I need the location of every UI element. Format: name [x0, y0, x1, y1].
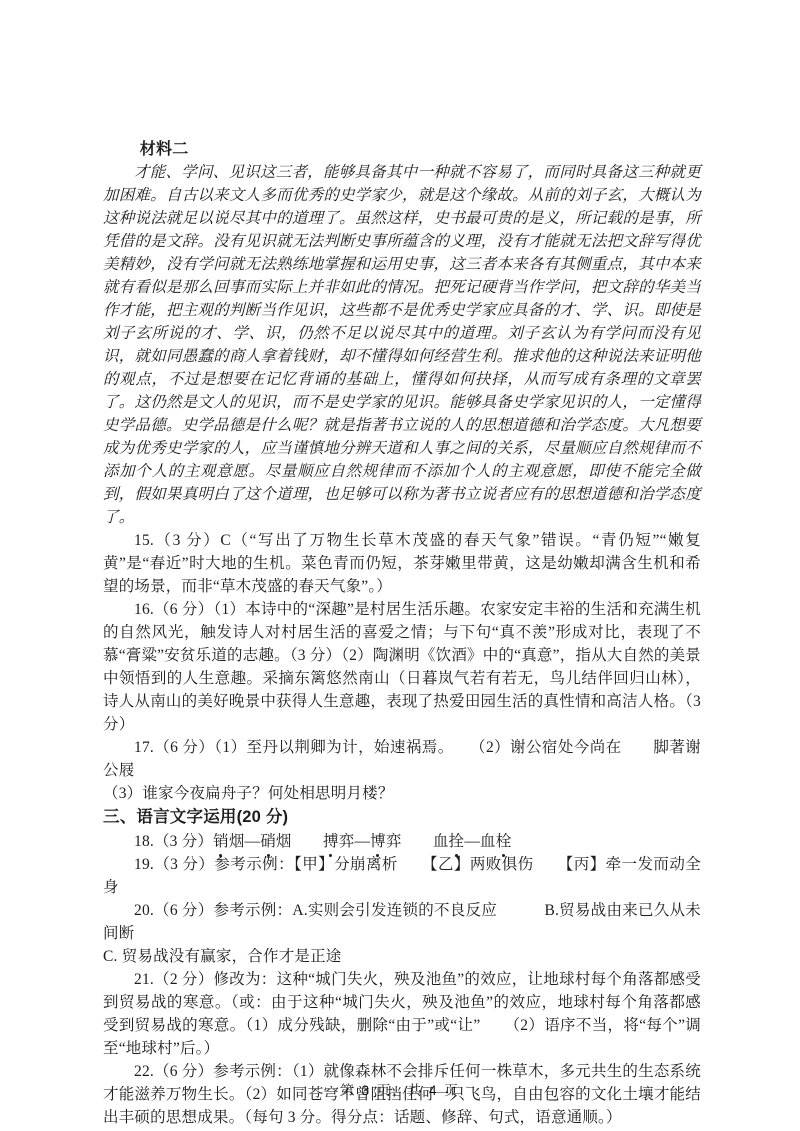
answer-18-dotted-char: 销	[213, 830, 229, 853]
answer-18-text-segment: 烟	[276, 833, 292, 850]
answer-21: 21.（2 分）修改为：这种“城门失火，殃及池鱼”的效应，让地球村每个角落都感受…	[103, 968, 701, 1060]
answer-18-text-segment: —血	[464, 833, 495, 850]
section-three-heading: 三、语言文字运用(20 分)	[103, 805, 701, 830]
answer-18: 18.（3 分）销烟—硝烟 搏弈—博弈 血拴—血栓	[103, 830, 701, 853]
answer-17-line-2: （3）谁家今夜扁舟子？何处相思明月楼？	[103, 782, 701, 805]
answer-18-dotted-char: 栓	[496, 830, 512, 853]
answer-18-text-segment: 弈	[386, 833, 402, 850]
answer-18-dotted-char: 博	[370, 830, 386, 853]
answer-18-dotted-char: 拴	[449, 830, 465, 853]
answer-18-text-segment: 烟—	[229, 833, 260, 850]
answer-18-dotted-char: 搏	[323, 830, 339, 853]
answer-18-text-segment: 血	[433, 833, 449, 850]
answer-19: 19.（3 分）参考示例：【甲】分崩离析 【乙】两败俱伤 【丙】牵一发而动全身	[103, 853, 701, 899]
answer-18-number: 18.（3 分）	[134, 833, 213, 850]
material-two-heading: 材料二	[103, 138, 701, 161]
page-content: 材料二 才能、学问、见识这三者，能够具备其中一种就不容易了，而同时具备这三种就更…	[103, 138, 701, 1129]
material-two-paragraph: 才能、学问、见识这三者，能够具备其中一种就不容易了，而同时具备这三种就更加困难。…	[103, 161, 701, 529]
answer-18-text-segment: 弈—	[339, 833, 370, 850]
answer-18-gap	[292, 833, 323, 850]
answer-20-line-2: C. 贸易战没有赢家，合作才是正途	[103, 945, 701, 968]
answer-20-line-1: 20.（6 分）参考示例：A.实则会引发连锁的不良反应 B.贸易战由来已久从未间…	[103, 899, 701, 945]
answer-16: 16.（6 分）（1）本诗中的“深趣”是村居生活乐趣。农家安定丰裕的生活和充满生…	[103, 598, 701, 736]
answer-18-gap	[402, 833, 433, 850]
exam-answer-page: 材料二 才能、学问、见识这三者，能够具备其中一种就不容易了，而同时具备这三种就更…	[0, 0, 800, 1131]
answer-15: 15.（3 分）C（“写出了万物生长草木茂盛的春天气象”错误。“青仍短”“嫩复黄…	[103, 529, 701, 598]
answer-18-dotted-char: 硝	[260, 830, 276, 853]
page-footer: 第 3 页，共 4 页	[0, 1079, 800, 1099]
answer-17-line-1: 17.（6 分）（1）至丹以荆卿为计，始速祸焉。 （2）谢公宿处今尚在 脚著谢公…	[103, 736, 701, 782]
